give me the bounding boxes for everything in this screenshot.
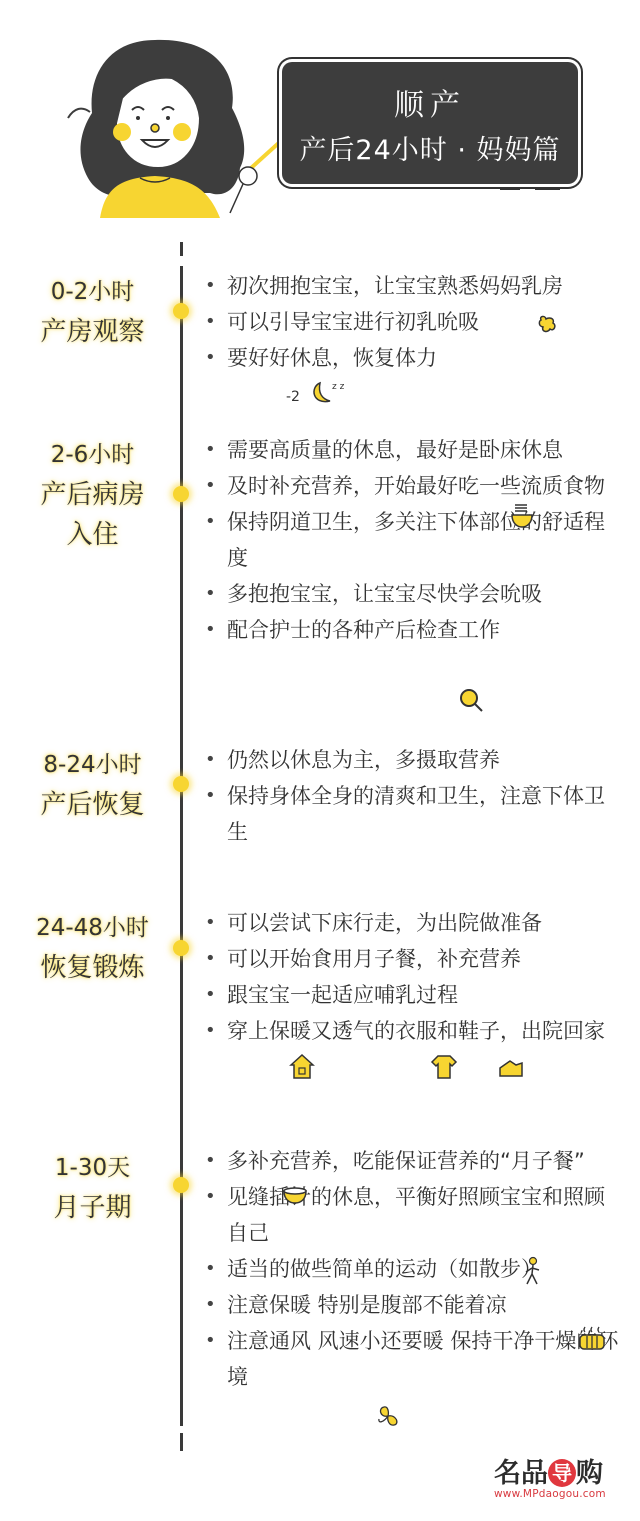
timeline-line-cap <box>180 242 183 256</box>
list-item: 配合护士的各种产后检查工作 <box>205 612 615 648</box>
brand-url: www.MPdaogou.com <box>494 1488 606 1500</box>
tshirt-icon <box>430 1054 458 1080</box>
svg-text:z z: z z <box>332 382 345 392</box>
pacifier-icon <box>537 314 559 336</box>
list-item: 初次拥抱宝宝，让宝宝熟悉妈妈乳房 <box>205 268 635 304</box>
stage-label: 8-24小时 产后恢复 <box>10 745 175 825</box>
stage-items: 可以尝试下床行走，为出院做准备 可以开始食用月子餐，补充营养 跟宝宝一起适应哺乳… <box>205 905 625 1049</box>
watermark-logo: 名品导购 www.MPdaogou.com <box>494 1451 606 1500</box>
list-item: 要好好休息，恢复体力 <box>205 340 635 376</box>
stage-range: 0-2小时 <box>10 272 175 312</box>
stage-label: 0-2小时 产房观察 <box>10 272 175 352</box>
page-subtitle: 产后24小时 · 妈妈篇 <box>282 128 578 167</box>
stage-label: 2-6小时 产后病房 入住 <box>10 435 175 555</box>
list-item: 穿上保暖又透气的衣服和鞋子，出院回家 <box>205 1013 625 1049</box>
list-item: 注意保暖 特别是腹部不能着凉 <box>205 1287 620 1323</box>
list-item: 可以开始食用月子餐，补充营养 <box>205 941 625 977</box>
board-dash-bottom2 <box>535 187 560 190</box>
stage-name: 产后恢复 <box>10 785 175 825</box>
timeline-dot <box>173 1177 189 1193</box>
list-item: 仍然以休息为主，多摄取营养 <box>205 742 615 778</box>
list-item: 跟宝宝一起适应哺乳过程 <box>205 977 625 1013</box>
house-icon <box>288 1052 316 1080</box>
list-item: 适当的做些简单的运动（如散步） <box>205 1251 620 1287</box>
walking-person-icon <box>523 1256 543 1286</box>
stage-range: 2-6小时 <box>10 435 175 475</box>
list-item: 可以尝试下床行走，为出院做准备 <box>205 905 625 941</box>
stage-label: 24-48小时 恢复锻炼 <box>10 908 175 988</box>
list-item: 保持身体全身的清爽和卫生，注意下体卫生 <box>205 778 615 850</box>
list-item: 需要高质量的休息，最好是卧床休息 <box>205 432 615 468</box>
stage-items: 需要高质量的休息，最好是卧床休息 及时补充营养，开始最好吃一些流质食物 保持阴道… <box>205 432 615 648</box>
bowl-icon <box>282 1185 308 1205</box>
list-item: 注意通风 风速小还要暖 保持干净干燥的环境 <box>205 1323 620 1395</box>
list-item: 多补充营养，吃能保证营养的“月子餐” <box>205 1143 620 1179</box>
timeline-dot <box>173 776 189 792</box>
list-item: 保持阴道卫生，多关注下体部位的舒适程度 <box>205 504 615 576</box>
mother-illustration <box>60 28 280 218</box>
shoe-icon <box>498 1058 524 1078</box>
sleeping-moon-icon: -2 z z <box>286 377 356 407</box>
list-item: 见缝插针的休息，平衡好照顾宝宝和照顾自己 <box>205 1179 620 1251</box>
stage-name: 产后病房 <box>10 475 175 515</box>
svg-text:-2: -2 <box>286 389 300 405</box>
stage-items: 多补充营养，吃能保证营养的“月子餐” 见缝插针的休息，平衡好照顾宝宝和照顾自己 … <box>205 1143 620 1395</box>
brand-badge: 导 <box>548 1459 576 1487</box>
stage-name: 月子期 <box>10 1188 175 1228</box>
stage-label: 1-30天 月子期 <box>10 1148 175 1228</box>
stage-name: 恢复锻炼 <box>10 948 175 988</box>
board-dash-bottom <box>500 187 520 190</box>
board-dash-top2 <box>385 57 393 60</box>
board-dash-top <box>340 57 370 60</box>
timeline-line <box>180 266 183 1426</box>
stage-name-line2: 入住 <box>10 515 175 555</box>
fan-icon <box>376 1404 402 1428</box>
noodle-bowl-icon <box>510 503 534 529</box>
heater-icon <box>578 1325 606 1353</box>
title-board: 顺产 产后24小时 · 妈妈篇 <box>282 62 578 184</box>
timeline-dot <box>173 486 189 502</box>
brand-name: 名品导购 <box>494 1451 606 1490</box>
magnifier-icon <box>459 688 485 714</box>
stage-items: 初次拥抱宝宝，让宝宝熟悉妈妈乳房 可以引导宝宝进行初乳吮吸 要好好休息，恢复体力 <box>205 268 635 376</box>
stage-range: 1-30天 <box>10 1148 175 1188</box>
list-item: 多抱抱宝宝，让宝宝尽快学会吮吸 <box>205 576 615 612</box>
timeline-line-cap-bottom <box>180 1433 183 1451</box>
stage-items: 仍然以休息为主，多摄取营养 保持身体全身的清爽和卫生，注意下体卫生 <box>205 742 615 850</box>
stage-range: 8-24小时 <box>10 745 175 785</box>
timeline-dot <box>173 303 189 319</box>
stage-range: 24-48小时 <box>10 908 175 948</box>
page-title: 顺产 <box>282 80 578 124</box>
list-item: 及时补充营养，开始最好吃一些流质食物 <box>205 468 615 504</box>
stage-name: 产房观察 <box>10 312 175 352</box>
list-item: 可以引导宝宝进行初乳吮吸 <box>205 304 635 340</box>
timeline-dot <box>173 940 189 956</box>
